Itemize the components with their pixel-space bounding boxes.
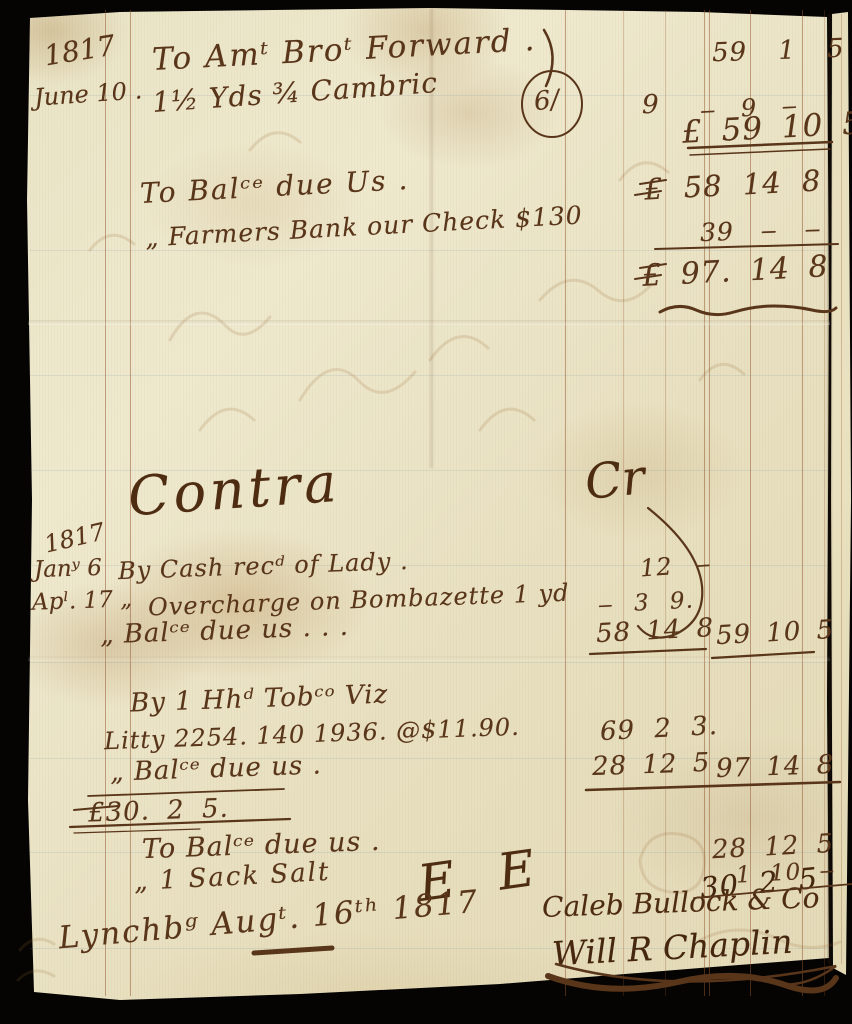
balance-row2-amount: 39 ‒ ‒: [700, 214, 822, 247]
note-total: £30. 2 5.: [88, 794, 230, 829]
writing-line: [30, 662, 828, 663]
tobacco-row3-amount2: 97 14 8: [716, 750, 835, 784]
page-fold-shadow: [828, 14, 831, 964]
column-rule: [704, 10, 705, 996]
writing-line: [30, 375, 828, 376]
contra-row1-date: Janʸ 6: [34, 555, 103, 583]
column-rule: [709, 10, 710, 996]
tobacco-row3-amount: 28 12 5: [592, 748, 711, 782]
tobacco-row2-amount: 69 2 3.: [599, 711, 718, 747]
fold-crease: [28, 656, 830, 661]
column-rule: [665, 10, 666, 996]
contra-row3-amount: 58 14 8: [595, 613, 715, 649]
contra-row2-date: Apˡ. 17 „: [32, 586, 133, 615]
contra-cr-label: Cr: [582, 449, 647, 511]
debit-row2-inner: 9: [642, 90, 660, 120]
column-rule: [565, 10, 566, 996]
contra-row1-amount: 12 ‒: [639, 550, 712, 583]
debit-row2-rate: 6/: [533, 85, 561, 117]
debit-row1-amount: 59 1 5: [712, 34, 846, 69]
fold-crease: [28, 320, 830, 325]
ledger-scan: 1817 To Amᵗ Broᵗ Forward . 59 1 5 June 1…: [0, 0, 852, 1024]
contra-row3-amount2: 59 10 5: [715, 615, 835, 651]
column-rule: [105, 10, 106, 996]
column-rule: [841, 14, 842, 964]
